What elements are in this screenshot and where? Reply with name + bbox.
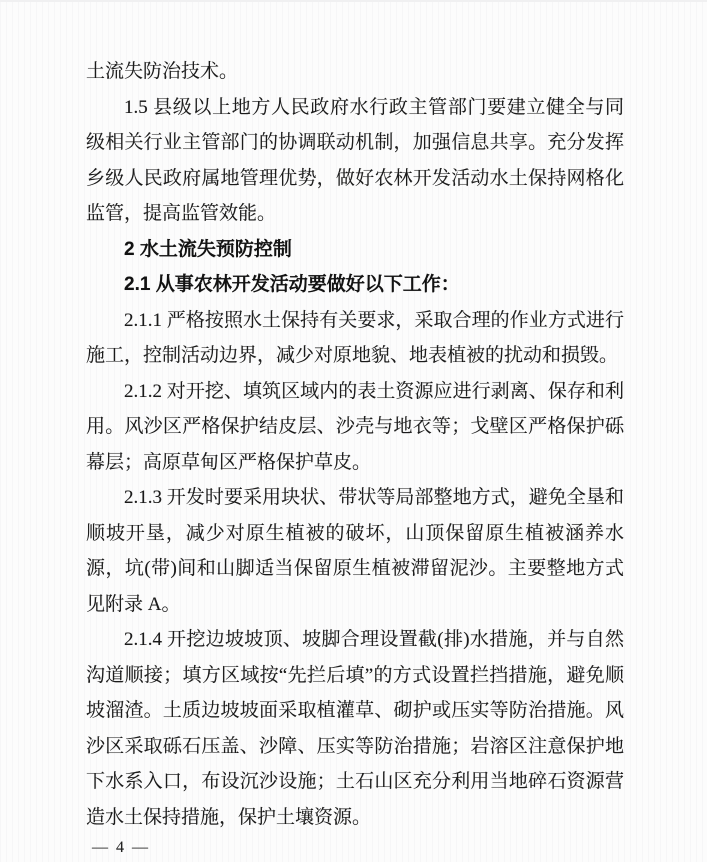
continuation-paragraph: 土流失防治技术。 bbox=[86, 54, 624, 90]
paragraph-1-5: 1.5 县级以上地方人民政府水行政主管部门要建立健全与同级相关行业主管部门的协调… bbox=[86, 90, 624, 232]
page-top-edge bbox=[0, 0, 707, 2]
paragraph-2-1-4: 2.1.4 开挖边坡坡顶、坡脚合理设置截(排)水措施，并与自然沟道顺接；填方区域… bbox=[86, 622, 624, 835]
paragraph-2-1-2: 2.1.2 对开挖、填筑区域内的表土资源应进行剥离、保存和利用。风沙区严格保护结… bbox=[86, 374, 624, 481]
page-number: — 4 — bbox=[92, 838, 150, 858]
subsection-heading-2-1: 2.1 从事农林开发活动要做好以下工作： bbox=[86, 267, 624, 303]
paragraph-2-1-3: 2.1.3 开发时要采用块状、带状等局部整地方式，避免全垦和顺坡开垦，减少对原生… bbox=[86, 480, 624, 622]
paragraph-2-1-1: 2.1.1 严格按照水土保持有关要求，采取合理的作业方式进行施工，控制活动边界，… bbox=[86, 303, 624, 374]
scanned-document-page: { "page": { "background_color": "#fcfcfc… bbox=[0, 0, 707, 862]
document-text-block: 土流失防治技术。 1.5 县级以上地方人民政府水行政主管部门要建立健全与同级相关… bbox=[86, 54, 624, 835]
section-heading-2: 2 水土流失预防控制 bbox=[86, 232, 624, 268]
